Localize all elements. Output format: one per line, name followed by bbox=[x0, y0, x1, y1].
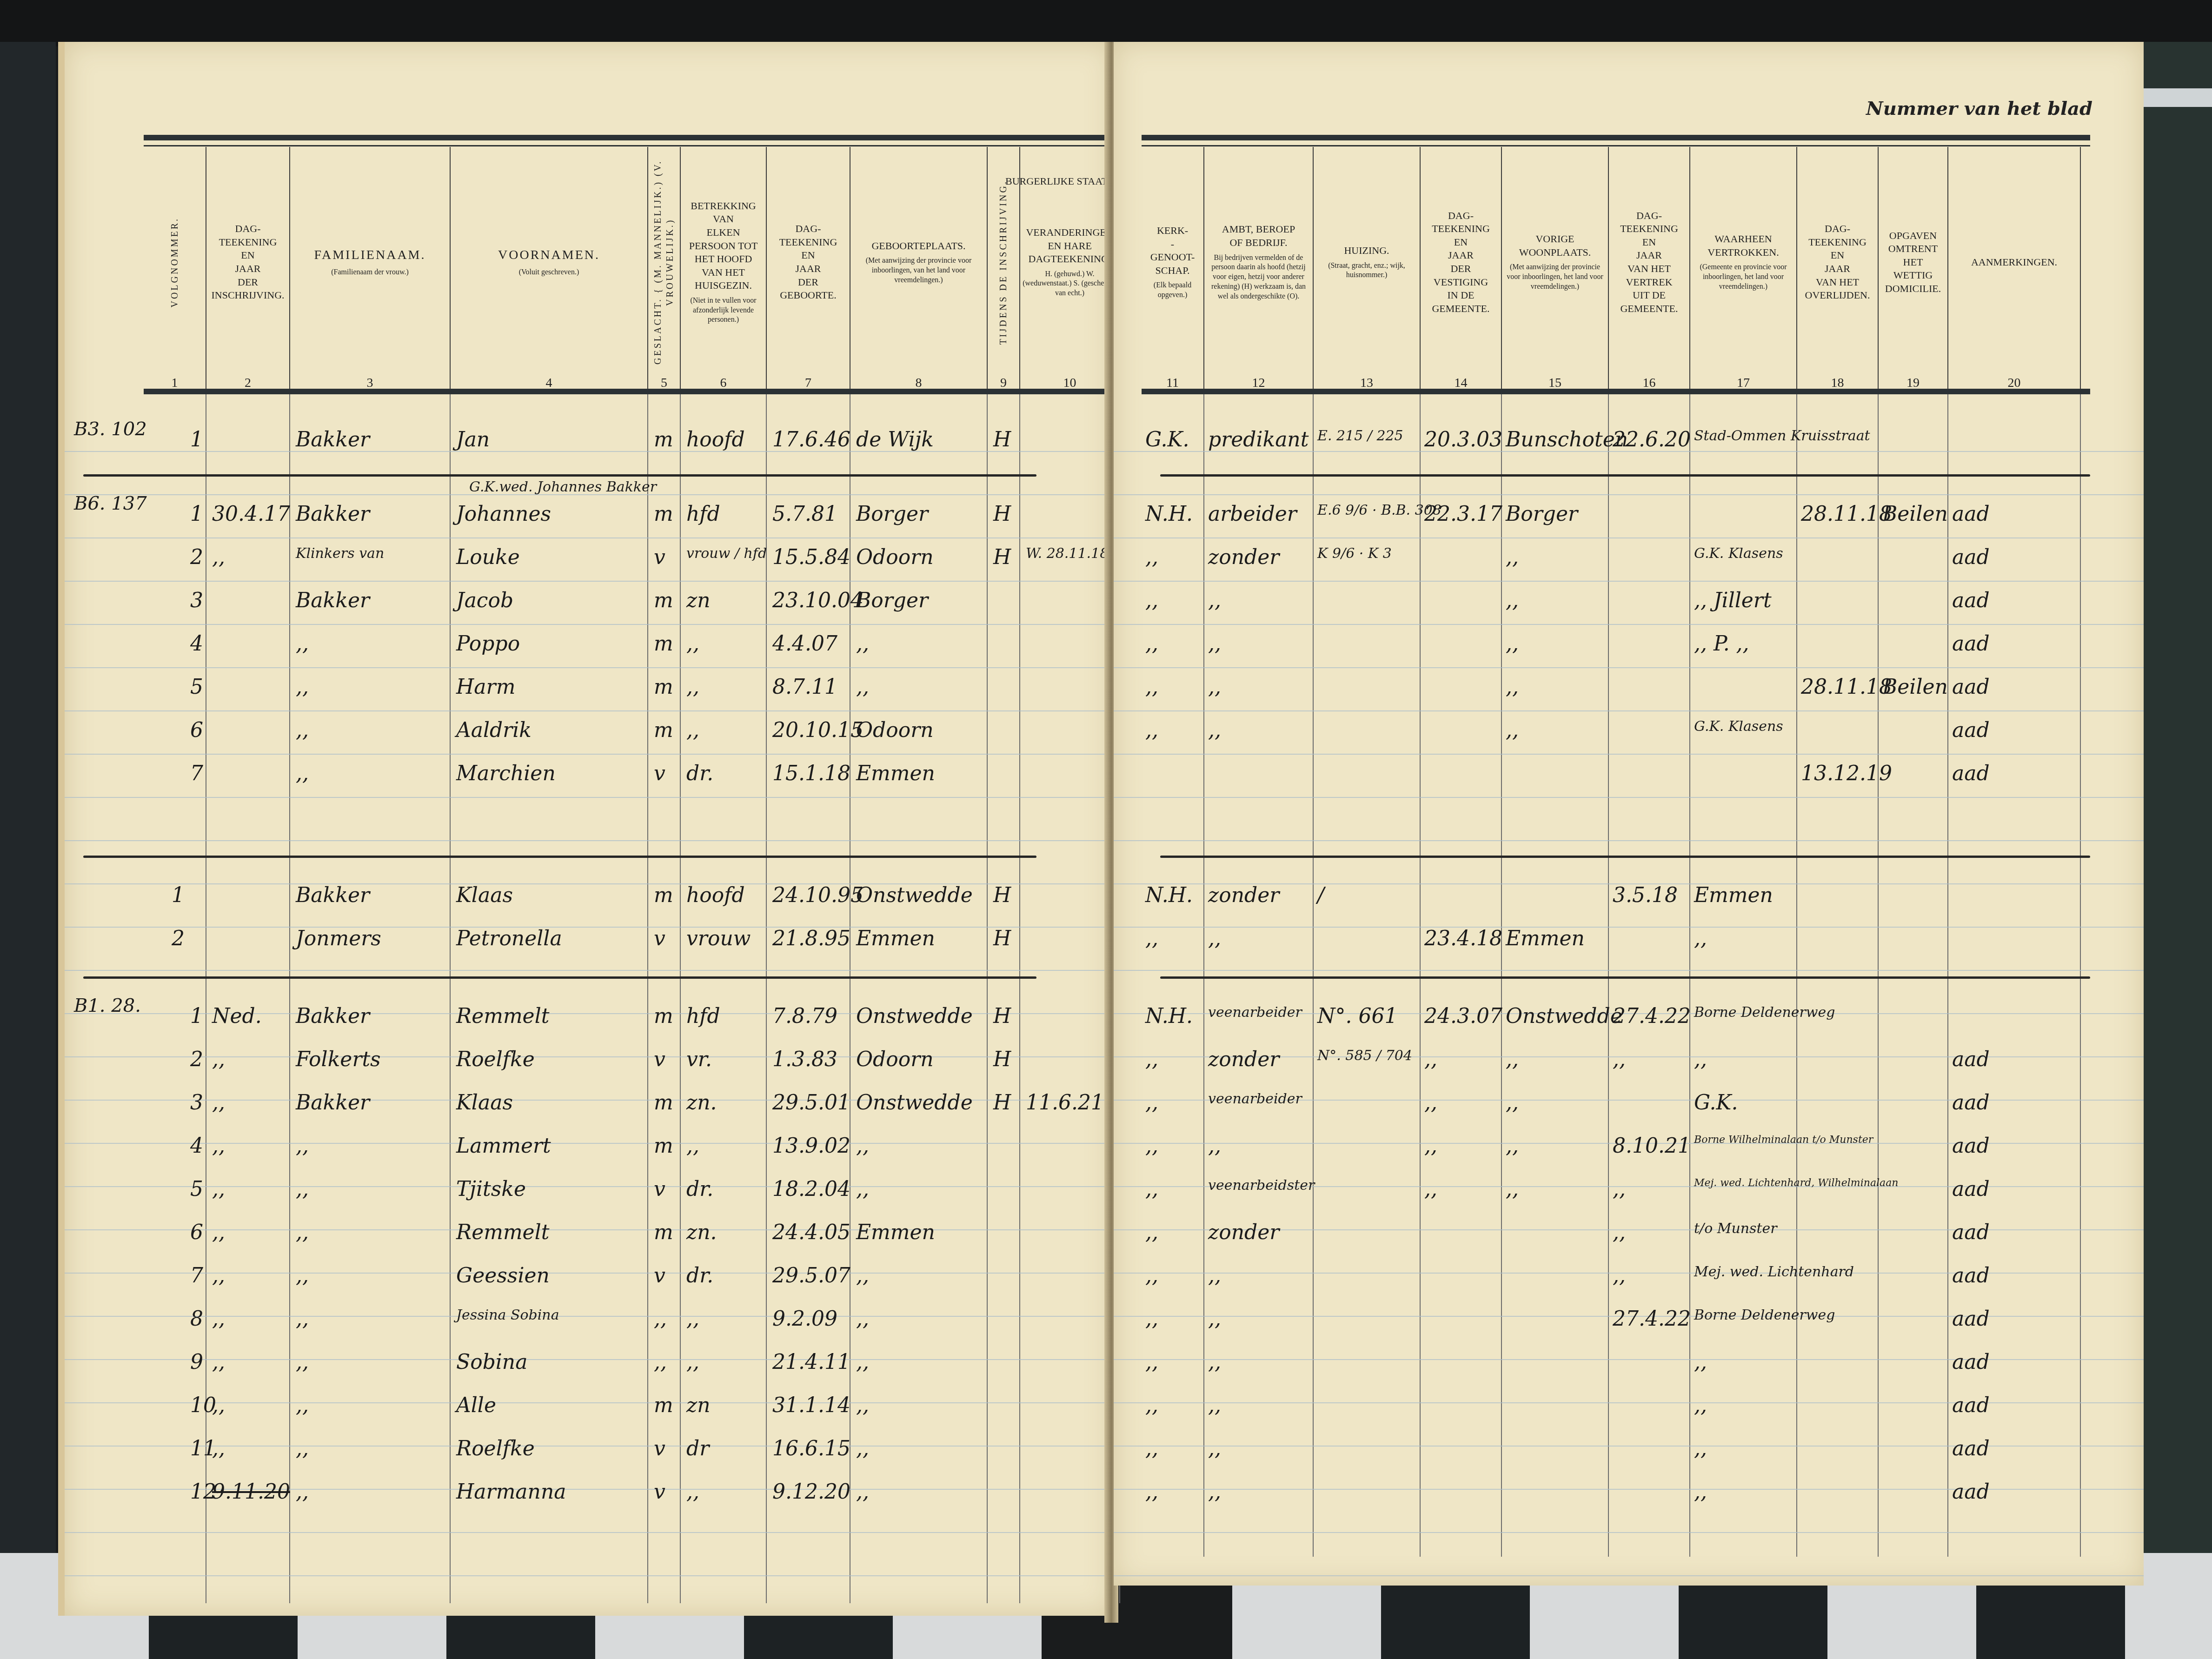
cell-surname: ,, bbox=[296, 718, 309, 742]
cell-dest: ,, bbox=[1694, 927, 1707, 950]
column-title: VOLGNOMMER. bbox=[169, 217, 181, 308]
cell-sex: m bbox=[654, 1394, 673, 1417]
cell-civil: H bbox=[993, 1091, 1011, 1115]
ruled-line bbox=[1114, 710, 2144, 711]
cell-church: ,, bbox=[1145, 1350, 1158, 1374]
cell-surname: ,, bbox=[296, 632, 309, 656]
cell-occupation: ,, bbox=[1208, 675, 1221, 699]
cell-rel: hfd bbox=[686, 502, 720, 526]
cell-surname: Bakker bbox=[296, 589, 370, 612]
cell-given: Remmelt bbox=[456, 1221, 549, 1244]
column-title: DAG- TEEKENING EN JAAR VAN HET VERTREK U… bbox=[1620, 209, 1678, 316]
cell-birthplace: ,, bbox=[856, 1437, 869, 1460]
column-title: OPGAVEN OMTRENT HET WETTIG DOMICILIE. bbox=[1885, 229, 1941, 296]
cell-remark: aad bbox=[1952, 1480, 1990, 1504]
family-separator bbox=[83, 976, 1036, 979]
cell-born: 20.10.15 bbox=[772, 718, 864, 742]
cell-dest: Borne Deldenerweg bbox=[1694, 1004, 1835, 1021]
cell-prev: ,, bbox=[1506, 589, 1519, 612]
column-line bbox=[206, 394, 290, 1603]
cell-remark: aad bbox=[1952, 1134, 1990, 1158]
ruled-line bbox=[1114, 797, 2144, 798]
column-line bbox=[850, 394, 988, 1603]
cell-dest: Mej. wed. Lichtenhard bbox=[1694, 1264, 1854, 1280]
ruled-line bbox=[65, 1532, 1113, 1533]
ruled-line bbox=[65, 667, 1113, 668]
cell-born: 9.12.20 bbox=[772, 1480, 850, 1504]
cell-house: / bbox=[1317, 883, 1324, 907]
cell-born: 1.3.83 bbox=[772, 1048, 837, 1071]
cell-surname: ,, bbox=[296, 762, 309, 785]
column-line bbox=[648, 394, 681, 1603]
cell-rel: zn. bbox=[686, 1091, 717, 1115]
cell-left_date: ,, bbox=[1613, 1048, 1626, 1071]
cell-born: 15.5.84 bbox=[772, 545, 850, 569]
column-line bbox=[681, 394, 767, 1603]
cell-nr: 5 bbox=[190, 675, 203, 699]
ruled-line bbox=[1114, 1575, 2144, 1576]
cell-sex: m bbox=[654, 675, 673, 699]
cell-given: Roelfke bbox=[456, 1437, 535, 1460]
column-title: AANMERKINGEN. bbox=[1971, 256, 2057, 269]
cell-civil: H bbox=[993, 883, 1011, 907]
ruled-line bbox=[65, 624, 1113, 625]
cell-nr: 4 bbox=[190, 1134, 203, 1158]
family-separator bbox=[1160, 474, 2090, 477]
cell-birthplace: Onstwedde bbox=[856, 1091, 973, 1115]
cell-remark: aad bbox=[1952, 632, 1990, 656]
cell-left_date: 27.4.22 bbox=[1613, 1004, 1691, 1028]
cell-church: ,, bbox=[1145, 1221, 1158, 1244]
cell-date: ,, bbox=[212, 1394, 225, 1417]
cell-birthplace: Emmen bbox=[856, 762, 935, 785]
ruled-line bbox=[1114, 494, 2144, 495]
column-header-16: DAG- TEEKENING EN JAAR VAN HET VERTREK U… bbox=[1609, 147, 1690, 393]
ruled-line bbox=[65, 451, 1113, 452]
cell-civil: H bbox=[993, 428, 1011, 451]
cell-occupation: zonder bbox=[1208, 1221, 1279, 1244]
cell-prev: ,, bbox=[1506, 545, 1519, 569]
cell-nr: 1 bbox=[190, 1004, 203, 1028]
cell-remark: aad bbox=[1952, 545, 1990, 569]
column-header-5: GESLACHT. { (M. Mannelijk.) (V. Vrouweli… bbox=[648, 147, 681, 393]
cell-occupation: ,, bbox=[1208, 1350, 1221, 1374]
cell-date: ,, bbox=[212, 1177, 225, 1201]
column-header-3: FAMILIENAAM.(Familienaam der vrouw.)3 bbox=[290, 147, 451, 393]
cell-left_date: ,, bbox=[1613, 1177, 1626, 1201]
family-separator bbox=[83, 856, 1036, 858]
column-line bbox=[1797, 394, 1879, 1557]
cell-nr: 2 bbox=[172, 927, 185, 950]
cell-given: Alle bbox=[456, 1394, 496, 1417]
column-header-8: GEBOORTEPLAATS.(Met aanwijzing der provi… bbox=[850, 147, 988, 393]
cell-born: 29.5.01 bbox=[772, 1091, 850, 1115]
column-title: KERK- - GENOOT- SCHAP. bbox=[1150, 224, 1195, 277]
cell-surname: Folkerts bbox=[296, 1048, 381, 1071]
cell-occupation: ,, bbox=[1208, 1480, 1221, 1504]
cell-house: N°. 661 bbox=[1317, 1004, 1397, 1028]
ruled-line bbox=[1114, 840, 2144, 841]
cell-nr: 4 bbox=[190, 632, 203, 656]
family-separator bbox=[1160, 976, 2090, 979]
cell-birthplace: ,, bbox=[856, 1264, 869, 1287]
cell-dest: t/o Munster bbox=[1694, 1221, 1777, 1237]
column-header-7: DAG- TEEKENING EN JAAR DER GEBOORTE.7 bbox=[767, 147, 850, 393]
family-reference: B3. 102 bbox=[74, 418, 147, 440]
cell-surname: ,, bbox=[296, 1221, 309, 1244]
cell-given: Jacob bbox=[456, 589, 513, 612]
column-header-17: WAARHEEN VERTROKKEN.(Gemeente en provinc… bbox=[1690, 147, 1797, 393]
left-column-headers: VOLGNOMMER.1DAG- TEEKENING EN JAAR DER I… bbox=[144, 147, 1120, 393]
column-title: GEBOORTEPLAATS. bbox=[871, 239, 965, 253]
calibration-strip bbox=[2139, 88, 2212, 107]
cell-sex: v bbox=[654, 1480, 665, 1504]
cell-given: Petronella bbox=[456, 927, 562, 950]
cell-church: N.H. bbox=[1145, 502, 1193, 526]
cell-left_date: ,, bbox=[1613, 1221, 1626, 1244]
cell-surname: Bakker bbox=[296, 1091, 370, 1115]
cell-nr: 6 bbox=[190, 1221, 203, 1244]
cell-birthplace: Emmen bbox=[856, 1221, 935, 1244]
cell-nr: 2 bbox=[190, 1048, 203, 1071]
ruled-line bbox=[1114, 927, 2144, 928]
cell-date: ,, bbox=[212, 545, 225, 569]
sheet-number-title: Nummer van het blad bbox=[1866, 98, 2092, 119]
cell-church: N.H. bbox=[1145, 1004, 1193, 1028]
cell-given: Lammert bbox=[456, 1134, 551, 1158]
header-top-thin-rule bbox=[1142, 145, 2090, 146]
cell-surname: ,, bbox=[296, 1134, 309, 1158]
cell-sex: m bbox=[654, 1221, 673, 1244]
cell-occupation: zonder bbox=[1208, 883, 1279, 907]
cell-prev: ,, bbox=[1506, 675, 1519, 699]
column-header-20: AANMERKINGEN.20 bbox=[1948, 147, 2081, 393]
cell-birthplace: Odoorn bbox=[856, 545, 934, 569]
cell-left_date: 22.6.20 bbox=[1613, 428, 1691, 451]
column-title: VOORNAMEN. bbox=[498, 247, 600, 264]
cell-civil: H bbox=[993, 1048, 1011, 1071]
column-subtitle: (Met aanwijzing der provincie voor inboo… bbox=[1504, 263, 1606, 292]
cell-given: Marchien bbox=[456, 762, 556, 785]
column-line bbox=[144, 394, 206, 1603]
cell-nr: 1 bbox=[172, 883, 185, 907]
cell-church: ,, bbox=[1145, 927, 1158, 950]
cell-born: 24.4.05 bbox=[772, 1221, 850, 1244]
cell-house: K 9/6 · K 3 bbox=[1317, 545, 1392, 562]
cell-rel: ,, bbox=[686, 675, 699, 699]
cell-surname: ,, bbox=[296, 675, 309, 699]
ruled-line bbox=[65, 754, 1113, 755]
cell-prev: Bunschoten bbox=[1506, 428, 1628, 451]
cell-rel: dr. bbox=[686, 1177, 713, 1201]
cell-church: ,, bbox=[1145, 1394, 1158, 1417]
cell-birthplace: ,, bbox=[856, 1350, 869, 1374]
cell-sex: ,, bbox=[654, 1350, 667, 1374]
book-cover-top bbox=[0, 0, 2212, 46]
cell-remark: aad bbox=[1952, 589, 1990, 612]
cell-prev: Borger bbox=[1506, 502, 1578, 526]
cell-occupation: ,, bbox=[1208, 1264, 1221, 1287]
header-top-rule bbox=[1142, 135, 2090, 140]
cell-occupation: ,, bbox=[1208, 927, 1221, 950]
cell-dest: G.K. Klasens bbox=[1694, 718, 1783, 735]
cell-given: Harm bbox=[456, 675, 515, 699]
header-top-thin-rule bbox=[144, 145, 1113, 146]
cell-nr: 6 bbox=[190, 718, 203, 742]
cell-occupation: veenarbeidster bbox=[1208, 1177, 1315, 1194]
cell-given: Jessina Sobina bbox=[456, 1307, 559, 1323]
cell-born: 24.10.95 bbox=[772, 883, 864, 907]
cell-rel: zn. bbox=[686, 1221, 717, 1244]
column-header-15: VORIGE WOONPLAATS.(Met aanwijzing der pr… bbox=[1502, 147, 1609, 393]
cell-remark: aad bbox=[1952, 1221, 1990, 1244]
cell-rel: vrouw bbox=[686, 927, 751, 950]
ruled-line bbox=[65, 538, 1113, 538]
column-header-6: BETREKKING VAN ELKEN PERSOON TOT HET HOO… bbox=[681, 147, 767, 393]
column-title: DAG- TEEKENING EN JAAR VAN HET OVERLIJDE… bbox=[1805, 222, 1870, 302]
cell-occupation: ,, bbox=[1208, 1394, 1221, 1417]
cell-prev: ,, bbox=[1506, 1048, 1519, 1071]
cell-surname: ,, bbox=[296, 1394, 309, 1417]
cell-rel: dr. bbox=[686, 762, 713, 785]
cell-occupation: predikant bbox=[1208, 428, 1309, 451]
family-separator bbox=[83, 474, 1036, 477]
ruled-line bbox=[65, 581, 1113, 582]
cell-occupation: veenarbeider bbox=[1208, 1091, 1302, 1107]
cell-house: E.6 9/6 · B.B. 308 bbox=[1317, 502, 1441, 518]
cell-prev: ,, bbox=[1506, 1091, 1519, 1115]
cell-birthplace: Borger bbox=[856, 502, 928, 526]
cell-birthplace: ,, bbox=[856, 1134, 869, 1158]
annotation-note: G.K.wed. Johannes Bakker bbox=[469, 479, 657, 495]
column-header-18: DAG- TEEKENING EN JAAR VAN HET OVERLIJDE… bbox=[1797, 147, 1879, 393]
cell-settled: 20.3.03 bbox=[1424, 428, 1502, 451]
ruled-line bbox=[1114, 538, 2144, 538]
cell-church: ,, bbox=[1145, 1437, 1158, 1460]
cell-left_date: 27.4.22 bbox=[1613, 1307, 1691, 1331]
cell-born: 13.9.02 bbox=[772, 1134, 850, 1158]
cell-given: Jan bbox=[456, 428, 490, 451]
column-title: DAG- TEEKENING EN JAAR DER INSCHRIJVING. bbox=[211, 222, 284, 302]
cell-occupation: ,, bbox=[1208, 1437, 1221, 1460]
cell-left_date: ,, bbox=[1613, 1264, 1626, 1287]
cell-surname: ,, bbox=[296, 1350, 309, 1374]
ruled-line bbox=[1114, 754, 2144, 755]
cell-church: ,, bbox=[1145, 589, 1158, 612]
cell-civil: H bbox=[993, 927, 1011, 950]
cell-church: ,, bbox=[1145, 1307, 1158, 1331]
cell-date: 30.4.17 bbox=[212, 502, 290, 526]
cell-born: 9.2.09 bbox=[772, 1307, 837, 1331]
cell-church: ,, bbox=[1145, 545, 1158, 569]
cell-sex: m bbox=[654, 1004, 673, 1028]
column-title: VORIGE WOONPLAATS. bbox=[1519, 232, 1591, 259]
cell-surname: Klinkers van bbox=[296, 545, 384, 562]
cell-born: 16.6.15 bbox=[772, 1437, 850, 1460]
ruled-line bbox=[1114, 624, 2144, 625]
cell-remark: aad bbox=[1952, 1394, 1990, 1417]
cell-date: 9.11.20 bbox=[212, 1480, 290, 1504]
cell-nr: 7 bbox=[190, 1264, 203, 1287]
family-separator bbox=[1160, 856, 2090, 858]
cell-surname: ,, bbox=[296, 1307, 309, 1331]
cell-given: Tjitske bbox=[456, 1177, 526, 1201]
cell-birthplace: ,, bbox=[856, 632, 869, 656]
cell-dest: Borne Deldenerweg bbox=[1694, 1307, 1835, 1323]
cell-settled: 23.4.18 bbox=[1424, 927, 1502, 950]
cell-surname: Bakker bbox=[296, 428, 370, 451]
cell-sex: m bbox=[654, 502, 673, 526]
cell-settled: ,, bbox=[1424, 1048, 1437, 1071]
cell-born: 7.8.79 bbox=[772, 1004, 837, 1028]
cell-rel: vrouw / hfd bbox=[686, 545, 767, 562]
cell-given: Remmelt bbox=[456, 1004, 549, 1028]
cell-surname: ,, bbox=[296, 1264, 309, 1287]
cell-prev: ,, bbox=[1506, 1177, 1519, 1201]
cell-rel: ,, bbox=[686, 718, 699, 742]
cell-occupation: ,, bbox=[1208, 589, 1221, 612]
cell-remark: aad bbox=[1952, 1091, 1990, 1115]
column-title: WAARHEEN VERTROKKEN. bbox=[1707, 232, 1779, 259]
left-column-lines bbox=[144, 394, 1120, 1603]
cell-sex: m bbox=[654, 883, 673, 907]
cell-rel: dr. bbox=[686, 1264, 713, 1287]
column-subtitle: (Straat, gracht, enz.; wijk, huisnommer.… bbox=[1315, 261, 1418, 281]
cell-date: Ned. bbox=[212, 1004, 262, 1028]
ruled-line bbox=[1114, 1532, 2144, 1533]
column-title: DAG- TEEKENING EN JAAR DER VESTIGING IN … bbox=[1432, 209, 1490, 316]
cell-occupation: zonder bbox=[1208, 1048, 1279, 1071]
cell-sex: v bbox=[654, 545, 665, 569]
ruled-line bbox=[1114, 667, 2144, 668]
cell-rel: hoofd bbox=[686, 883, 745, 907]
cell-rel: zn bbox=[686, 589, 711, 612]
cell-nr: 9 bbox=[190, 1350, 203, 1374]
cell-given: Aaldrik bbox=[456, 718, 531, 742]
cell-settled: 22.3.17 bbox=[1424, 502, 1502, 526]
cell-birthplace: ,, bbox=[856, 1480, 869, 1504]
cell-remark: aad bbox=[1952, 1264, 1990, 1287]
cell-died: 28.11.18 bbox=[1801, 502, 1892, 526]
cell-sex: m bbox=[654, 1134, 673, 1158]
cell-date: ,, bbox=[212, 1134, 225, 1158]
column-header-13: HUIZING.(Straat, gracht, enz.; wijk, hui… bbox=[1314, 147, 1421, 393]
cell-born: 29.5.07 bbox=[772, 1264, 850, 1287]
column-line bbox=[1879, 394, 1948, 1557]
column-line bbox=[767, 394, 850, 1603]
cell-born: 18.2.04 bbox=[772, 1177, 850, 1201]
cell-given: Johannes bbox=[456, 502, 551, 526]
ruled-line bbox=[65, 970, 1113, 971]
cell-dest: ,, bbox=[1694, 1048, 1707, 1071]
header-bottom-rule bbox=[1142, 389, 2090, 394]
cell-surname: ,, bbox=[296, 1437, 309, 1460]
cell-nr: 3 bbox=[190, 589, 203, 612]
cell-born: 8.7.11 bbox=[772, 675, 837, 699]
cell-nr: 3 bbox=[190, 1091, 203, 1115]
cell-occupation: veenarbeider bbox=[1208, 1004, 1302, 1021]
column-line bbox=[1421, 394, 1502, 1557]
column-line bbox=[988, 394, 1020, 1603]
cell-church: ,, bbox=[1145, 632, 1158, 656]
column-line bbox=[1314, 394, 1421, 1557]
cell-died: 28.11.18 bbox=[1801, 675, 1892, 699]
cell-date: ,, bbox=[212, 1091, 225, 1115]
cell-dest: ,, P. ,, bbox=[1694, 632, 1749, 656]
cell-rel: ,, bbox=[686, 1480, 699, 1504]
cell-born: 5.7.81 bbox=[772, 502, 837, 526]
cell-birthplace: Borger bbox=[856, 589, 928, 612]
column-subtitle: (Elk bepaald opgeven.) bbox=[1143, 281, 1202, 300]
column-header-2: DAG- TEEKENING EN JAAR DER INSCHRIJVING.… bbox=[206, 147, 290, 393]
cell-born: 23.10.04 bbox=[772, 589, 864, 612]
column-group-note: H. (gehuwd.) W. (weduwenstaat.) S. (gesc… bbox=[1022, 270, 1117, 299]
cell-church: G.K. bbox=[1145, 428, 1189, 451]
cell-church: ,, bbox=[1145, 1091, 1158, 1115]
cell-given: Roelfke bbox=[456, 1048, 535, 1071]
cell-nr: 2 bbox=[190, 545, 203, 569]
right-column-headers: KERK- - GENOOT- SCHAP.(Elk bepaald opgev… bbox=[1142, 147, 2081, 393]
cell-date: ,, bbox=[212, 1048, 225, 1071]
column-title: FAMILIENAAM. bbox=[314, 247, 425, 264]
cell-prev: ,, bbox=[1506, 718, 1519, 742]
cell-dest: Borne Wilhelminalaan t/o Munster bbox=[1694, 1134, 1873, 1146]
cell-remark: aad bbox=[1952, 675, 1990, 699]
cell-church: ,, bbox=[1145, 1480, 1158, 1504]
cell-prev: Onstwedde bbox=[1506, 1004, 1622, 1028]
ruled-line bbox=[65, 927, 1113, 928]
column-line bbox=[1690, 394, 1797, 1557]
cell-sex: m bbox=[654, 1091, 673, 1115]
cell-domicile: Beilen bbox=[1882, 502, 1948, 526]
cell-given: Harmanna bbox=[456, 1480, 566, 1504]
cell-birthplace: de Wijk bbox=[856, 428, 934, 451]
cell-date: ,, bbox=[212, 1221, 225, 1244]
cell-settled: ,, bbox=[1424, 1177, 1437, 1201]
column-title: HUIZING. bbox=[1344, 244, 1389, 258]
cell-settled: ,, bbox=[1424, 1134, 1437, 1158]
cell-prev: ,, bbox=[1506, 1134, 1519, 1158]
cell-birthplace: Onstwedde bbox=[856, 883, 973, 907]
ruled-line bbox=[65, 840, 1113, 841]
cell-remark: aad bbox=[1952, 1177, 1990, 1201]
column-subtitle: (Familienaam der vrouw.) bbox=[331, 268, 408, 278]
cell-nr: 7 bbox=[190, 762, 203, 785]
cell-dest: ,, bbox=[1694, 1480, 1707, 1504]
cell-dest: G.K. Klasens bbox=[1694, 545, 1783, 562]
column-header-19: OPGAVEN OMTRENT HET WETTIG DOMICILIE.19 bbox=[1879, 147, 1948, 393]
cell-dest: G.K. bbox=[1694, 1091, 1738, 1115]
cell-given: Klaas bbox=[456, 1091, 513, 1115]
column-header-4: VOORNAMEN.(Voluit geschreven.)4 bbox=[451, 147, 648, 393]
cell-house: N°. 585 / 704 bbox=[1317, 1048, 1412, 1064]
cell-dest: Stad-Ommen Kruisstraat bbox=[1694, 428, 1870, 444]
cell-church: N.H. bbox=[1145, 883, 1193, 907]
cell-church: ,, bbox=[1145, 1177, 1158, 1201]
cell-nr: 8 bbox=[190, 1307, 203, 1331]
book-cover-left bbox=[0, 42, 56, 1659]
cell-surname: Bakker bbox=[296, 502, 370, 526]
ruled-line bbox=[65, 710, 1113, 711]
cell-surname: Bakker bbox=[296, 883, 370, 907]
column-title: DAG- TEEKENING EN JAAR DER GEBOORTE. bbox=[779, 222, 837, 302]
cell-rel: ,, bbox=[686, 1350, 699, 1374]
cell-rel: hoofd bbox=[686, 428, 745, 451]
cell-remark: aad bbox=[1952, 1350, 1990, 1374]
right-page: Nummer van het blad KERK- - GENOOT- SCHA… bbox=[1114, 42, 2144, 1586]
cell-rel: ,, bbox=[686, 632, 699, 656]
cell-dest: ,, bbox=[1694, 1350, 1707, 1374]
